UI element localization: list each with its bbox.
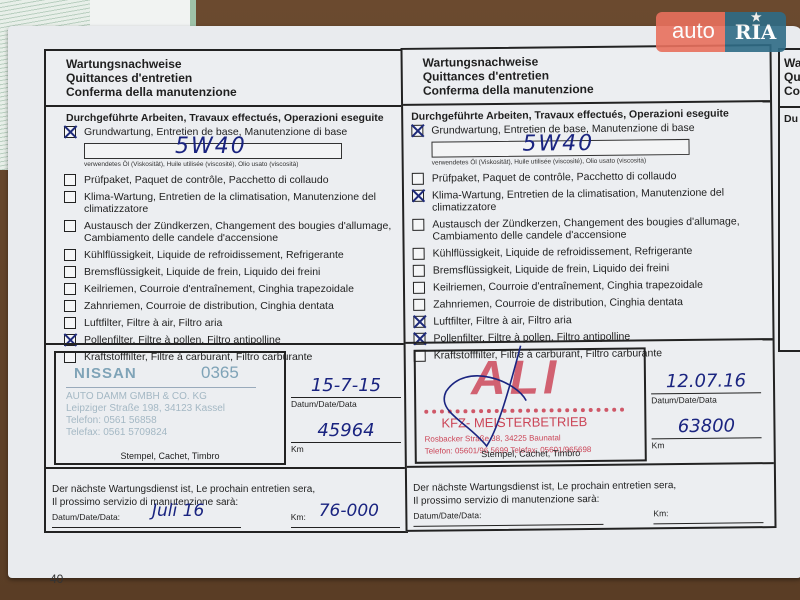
checkbox-checked-icon[interactable]	[64, 126, 76, 138]
heading-it: Conferma della manutenzione	[423, 80, 760, 98]
checklist-item-label: Austausch der Zündkerzen, Changement des…	[84, 220, 406, 244]
checkbox-icon[interactable]	[413, 299, 425, 311]
checklist-item-label: Luftfilter, Filtre à air, Filtro aria	[84, 317, 222, 329]
stamp-line: AUTO DAMM GMBH & CO. KG	[66, 391, 225, 403]
checklist-item[interactable]: Bremsflüssigkeit, Liquide de frein, Liqu…	[64, 266, 406, 278]
next-date-label: Datum/Date/Data:	[413, 510, 481, 521]
logo-ria: ★ RIA	[725, 12, 787, 52]
checklist-item[interactable]: Keilriemen, Courroie d'entraînement, Cin…	[64, 283, 406, 295]
checkbox-icon[interactable]	[64, 266, 76, 278]
checklist-item-label: Klima-Wartung, Entretien de la climatisa…	[84, 191, 406, 215]
next-km-field[interactable]: Km:	[653, 506, 763, 524]
next-km-field[interactable]: Km: 76-000	[291, 511, 400, 528]
checklist-item-label: Keilriemen, Courroie d'entraînement, Cin…	[433, 279, 703, 294]
heading-it: Co	[784, 84, 800, 98]
checklist-item[interactable]: Klima-Wartung, Entretien de la climatisa…	[412, 186, 771, 214]
star-icon: ★	[751, 12, 762, 24]
workshop-stamp: ALI KFZ- MEISTERBETRIEB Rosbacker Straße…	[414, 347, 647, 463]
checkbox-icon[interactable]	[413, 248, 425, 260]
next-date-value: Juli 16	[152, 505, 204, 518]
checkbox-icon[interactable]	[412, 173, 424, 185]
service-record-edge: Wa Qu Co Du	[778, 48, 800, 352]
next-date-field[interactable]: Datum/Date/Data: Juli 16	[52, 511, 241, 528]
stamp-label: Stempel, Cachet, Timbro	[56, 451, 284, 461]
checkbox-icon[interactable]	[64, 220, 76, 232]
checkbox-icon[interactable]	[64, 174, 76, 186]
oil-viscosity-field[interactable]: 5W40	[84, 143, 342, 159]
checklist-item[interactable]: Luftfilter, Filtre à air, Filtro aria	[64, 317, 406, 329]
autoria-watermark: auto ★ RIA	[656, 12, 786, 52]
oil-caption: verwendetes Öl (Viskosität), Huile utili…	[432, 156, 771, 167]
next-date-label: Datum/Date/Data:	[52, 512, 120, 522]
next-service: Der nächste Wartungsdienst ist, Le proch…	[407, 468, 775, 537]
checklist-item[interactable]: Prüfpaket, Paquet de contrôle, Pacchetto…	[412, 169, 771, 185]
date-field[interactable]: 15-7-15 Datum/Date/Data	[291, 375, 401, 409]
date-value: 12.07.16	[651, 370, 761, 393]
heading-de: Wa	[784, 56, 800, 70]
dealer-stamp: NISSAN 0365 AUTO DAMM GMBH & CO. KG Leip…	[54, 351, 286, 465]
stamp-brand: NISSAN	[74, 365, 137, 382]
checkbox-icon[interactable]	[64, 283, 76, 295]
checklist-item[interactable]: Kühlflüssigkeit, Liquide de refroidissem…	[413, 244, 772, 260]
next-km-value: 76-000	[319, 505, 379, 518]
checklist-item-label: Bremsflüssigkeit, Liquide de frein, Liqu…	[84, 266, 320, 278]
km-value: 45964	[291, 420, 401, 442]
next-service-fields: Datum/Date/Data: Juli 16 Km: 76-000	[52, 511, 400, 528]
checklist-item-label: Kühlflüssigkeit, Liquide de refroidissem…	[84, 249, 344, 261]
next-km-label: Km:	[653, 508, 668, 518]
stamp-divider	[66, 387, 256, 388]
oil-viscosity-field[interactable]: 5W40	[431, 139, 689, 158]
checklist-item-label: Prüfpaket, Paquet de contrôle, Pacchetto…	[84, 174, 329, 186]
checklist-item-label: Prüfpaket, Paquet de contrôle, Pacchetto…	[432, 170, 677, 185]
checklist-item[interactable]: Austausch der Zündkerzen, Changement des…	[64, 220, 406, 244]
checkbox-checked-icon[interactable]	[412, 190, 424, 202]
date-field[interactable]: 12.07.16 Datum/Date/Data	[651, 370, 761, 405]
checkbox-icon[interactable]	[64, 191, 76, 203]
stamp-code: 0365	[201, 363, 239, 383]
checklist-item[interactable]: Klima-Wartung, Entretien de la climatisa…	[64, 191, 406, 215]
next-service-text: Der nächste Wartungsdienst ist, Le proch…	[52, 483, 400, 496]
km-label: Km	[652, 439, 762, 450]
service-record-right: Wartungsnachweise Quittances d'entretien…	[400, 44, 776, 532]
checklist-item[interactable]: Kühlflüssigkeit, Liquide de refroidissem…	[64, 249, 406, 261]
checklist-item-label: Luftfilter, Filtre à air, Filtro aria	[433, 314, 571, 327]
next-service-text: Il prossimo servizio di manutenzione sar…	[413, 491, 768, 508]
stamp-line: Telefon: 0561 56858	[66, 415, 225, 427]
oil-viscosity-value: 5W40	[522, 131, 594, 157]
section-title: Durchgeführte Arbeiten, Travaux effectué…	[66, 112, 406, 124]
checkbox-checked-icon[interactable]	[413, 316, 425, 328]
heading-it: Conferma della manutenzione	[66, 85, 396, 99]
service-record-left: Wartungsnachweise Quittances d'entretien…	[44, 49, 408, 533]
date-label: Datum/Date/Data	[291, 399, 401, 409]
checklist-item-label: Bremsflüssigkeit, Liquide de frein, Liqu…	[433, 262, 670, 276]
checklist-item[interactable]: Luftfilter, Filtre à air, Filtro aria	[413, 312, 772, 328]
checklist: Grundwartung, Entretien de base, Manuten…	[46, 126, 406, 363]
heading-fr: Quittances d'entretien	[66, 71, 396, 85]
date-value: 15-7-15	[291, 375, 401, 397]
km-field[interactable]: 63800 Km	[651, 415, 761, 450]
next-km-label: Km:	[291, 512, 306, 522]
rule	[291, 397, 401, 398]
checkbox-icon[interactable]	[64, 300, 76, 312]
km-value: 63800	[651, 415, 761, 438]
stamp-line: Telefax: 0561 5709824	[66, 427, 225, 439]
page-number: 40	[50, 572, 63, 586]
km-label: Km	[291, 444, 401, 454]
stamp-line: Leipziger Straße 198, 34123 Kassel	[66, 403, 225, 415]
signature-icon	[426, 340, 557, 451]
stamp-area: NISSAN 0365 AUTO DAMM GMBH & CO. KG Leip…	[46, 343, 406, 469]
checklist-item[interactable]: Keilriemen, Courroie d'entraînement, Cin…	[413, 278, 772, 294]
checkbox-icon[interactable]	[64, 317, 76, 329]
checklist-item[interactable]: Prüfpaket, Paquet de contrôle, Pacchetto…	[64, 174, 406, 186]
rule	[291, 442, 401, 443]
logo-auto: auto	[656, 12, 725, 52]
checklist-item[interactable]: Zahnriemen, Courroie de distribution, Ci…	[64, 300, 406, 312]
checklist-item-label: Zahnriemen, Courroie de distribution, Ci…	[84, 300, 334, 312]
section-title: Du	[784, 113, 800, 125]
card-heading: Wa Qu Co	[780, 50, 800, 108]
stamp-area: ALI KFZ- MEISTERBETRIEB Rosbacker Straße…	[406, 338, 774, 468]
checkbox-icon[interactable]	[413, 265, 425, 277]
oil-caption: verwendetes Öl (Viskosität), Huile utili…	[84, 161, 406, 168]
next-service-fields: Datum/Date/Data: Km:	[413, 506, 768, 527]
checklist-item-label: Austausch der Zündkerzen, Changement des…	[432, 215, 771, 243]
checklist-item-label: Kühlflüssigkeit, Liquide de refroidissem…	[433, 245, 693, 260]
checklist: Grundwartung, Entretien de base, Manuten…	[403, 121, 772, 362]
checklist-item-label: Klima-Wartung, Entretien de la climatisa…	[432, 186, 771, 214]
heading-fr: Qu	[784, 70, 800, 84]
card-heading: Wartungsnachweise Quittances d'entretien…	[402, 46, 770, 106]
checklist-item-label: Keilriemen, Courroie d'entraînement, Cin…	[84, 283, 354, 295]
checkbox-checked-icon[interactable]	[411, 125, 423, 137]
km-field[interactable]: 45964 Km	[291, 420, 401, 454]
heading-de: Wartungsnachweise	[66, 57, 396, 71]
section-title: Durchgeführte Arbeiten, Travaux effectué…	[411, 107, 770, 123]
next-service: Der nächste Wartungsdienst ist, Le proch…	[46, 473, 406, 538]
card-heading: Wartungsnachweise Quittances d'entretien…	[46, 51, 406, 107]
checkbox-icon[interactable]	[64, 249, 76, 261]
checkbox-icon[interactable]	[413, 282, 425, 294]
checklist-item-label: Zahnriemen, Courroie de distribution, Ci…	[433, 296, 683, 311]
checklist-item[interactable]: Bremsflüssigkeit, Liquide de frein, Liqu…	[413, 261, 772, 277]
stamp-address: AUTO DAMM GMBH & CO. KG Leipziger Straße…	[66, 391, 225, 439]
oil-viscosity-value: 5W40	[175, 134, 247, 159]
checklist-item[interactable]: Austausch der Zündkerzen, Changement des…	[412, 215, 771, 243]
date-label: Datum/Date/Data	[651, 394, 761, 405]
checkbox-icon[interactable]	[412, 219, 424, 231]
checklist-item[interactable]: Zahnriemen, Courroie de distribution, Ci…	[413, 295, 772, 311]
next-date-field[interactable]: Datum/Date/Data:	[413, 508, 603, 527]
